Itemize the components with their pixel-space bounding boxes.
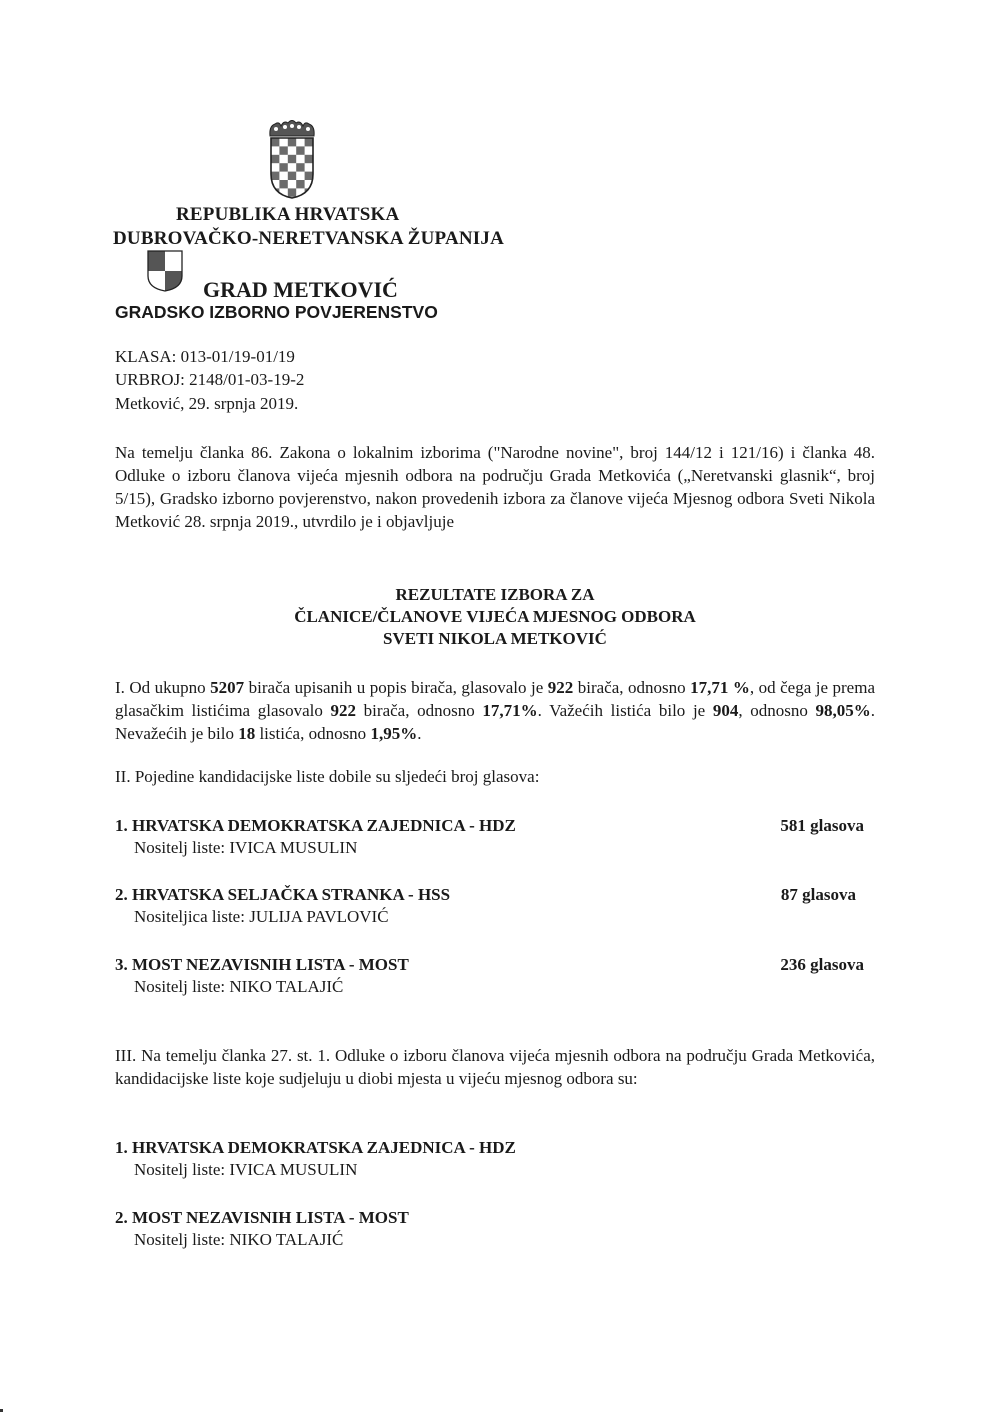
document-page: REPUBLIKA HRVATSKA DUBROVAČKO-NERETVANSK… xyxy=(0,0,1000,1415)
voted-ballots-count: 922 xyxy=(331,701,357,720)
invalid-percent: 1,95% xyxy=(370,724,417,743)
document-title: REZULTATE IZBORA ZA ČLANICE/ČLANOVE VIJE… xyxy=(115,584,875,650)
section-1-turnout: I. Od ukupno 5207 birača upisanih u popi… xyxy=(115,676,875,745)
title-line-3: SVETI NIKOLA METKOVIĆ xyxy=(115,628,875,650)
list-name: 2. MOST NEZAVISNIH LISTA - MOST xyxy=(115,1207,409,1229)
result-list-item: 1. HRVATSKA DEMOKRATSKA ZAJEDNICA - HDZ … xyxy=(115,815,870,859)
intro-paragraph: Na temelju članka 86. Zakona o lokalnim … xyxy=(115,441,875,533)
turnout-ballots-percent: 17,71% xyxy=(482,701,537,720)
list-holder: Nositeljica liste: JULIJA PAVLOVIĆ xyxy=(115,906,870,928)
invalid-ballots: 18 xyxy=(238,724,255,743)
qualified-list-item: 2. MOST NEZAVISNIH LISTA - MOST Nositelj… xyxy=(115,1207,870,1251)
county-name: DUBROVAČKO-NERETVANSKA ŽUPANIJA xyxy=(113,228,504,250)
list-holder: Nositelj liste: IVICA MUSULIN xyxy=(115,837,870,859)
list-votes: 87 glasova xyxy=(781,884,870,906)
list-name: 1. HRVATSKA DEMOKRATSKA ZAJEDNICA - HDZ xyxy=(115,1137,516,1159)
croatian-coat-of-arms-icon xyxy=(266,118,318,200)
section-2-heading: II. Pojedine kandidacijske liste dobile … xyxy=(115,767,539,787)
issuing-body: GRADSKO IZBORNO POVJERENSTVO xyxy=(115,302,438,323)
voted-count: 922 xyxy=(548,678,574,697)
list-votes: 581 glasova xyxy=(780,815,870,837)
list-holder: Nositelj liste: IVICA MUSULIN xyxy=(115,1159,870,1181)
place-and-date: Metković, 29. srpnja 2019. xyxy=(115,394,298,414)
list-name: 3. MOST NEZAVISNIH LISTA - MOST xyxy=(115,954,409,976)
list-votes: 236 glasova xyxy=(780,954,870,976)
result-list-item: 3. MOST NEZAVISNIH LISTA - MOST 236 glas… xyxy=(115,954,870,998)
qualified-list-item: 1. HRVATSKA DEMOKRATSKA ZAJEDNICA - HDZ … xyxy=(115,1137,870,1181)
registered-voters: 5207 xyxy=(210,678,244,697)
country-name: REPUBLIKA HRVATSKA xyxy=(176,204,399,226)
scan-mark xyxy=(0,1409,3,1412)
title-line-2: ČLANICE/ČLANOVE VIJEĆA MJESNOG ODBORA xyxy=(115,606,875,628)
list-name: 2. HRVATSKA SELJAČKA STRANKA - HSS xyxy=(115,884,450,906)
title-line-1: REZULTATE IZBORA ZA xyxy=(115,584,875,606)
list-holder: Nositelj liste: NIKO TALAJIĆ xyxy=(115,1229,870,1251)
urbroj-reference: URBROJ: 2148/01-03-19-2 xyxy=(115,370,304,390)
turnout-percent: 17,71 % xyxy=(690,678,750,697)
list-name: 1. HRVATSKA DEMOKRATSKA ZAJEDNICA - HDZ xyxy=(115,815,516,837)
valid-percent: 98,05% xyxy=(816,701,871,720)
section-3-paragraph: III. Na temelju članka 27. st. 1. Odluke… xyxy=(115,1044,875,1090)
valid-ballots: 904 xyxy=(713,701,739,720)
city-name: GRAD METKOVIĆ xyxy=(203,277,398,303)
klasa-reference: KLASA: 013-01/19-01/19 xyxy=(115,347,295,367)
list-holder: Nositelj liste: NIKO TALAJIĆ xyxy=(115,976,870,998)
result-list-item: 2. HRVATSKA SELJAČKA STRANKA - HSS 87 gl… xyxy=(115,884,870,928)
metkovic-city-shield-icon xyxy=(146,250,184,292)
